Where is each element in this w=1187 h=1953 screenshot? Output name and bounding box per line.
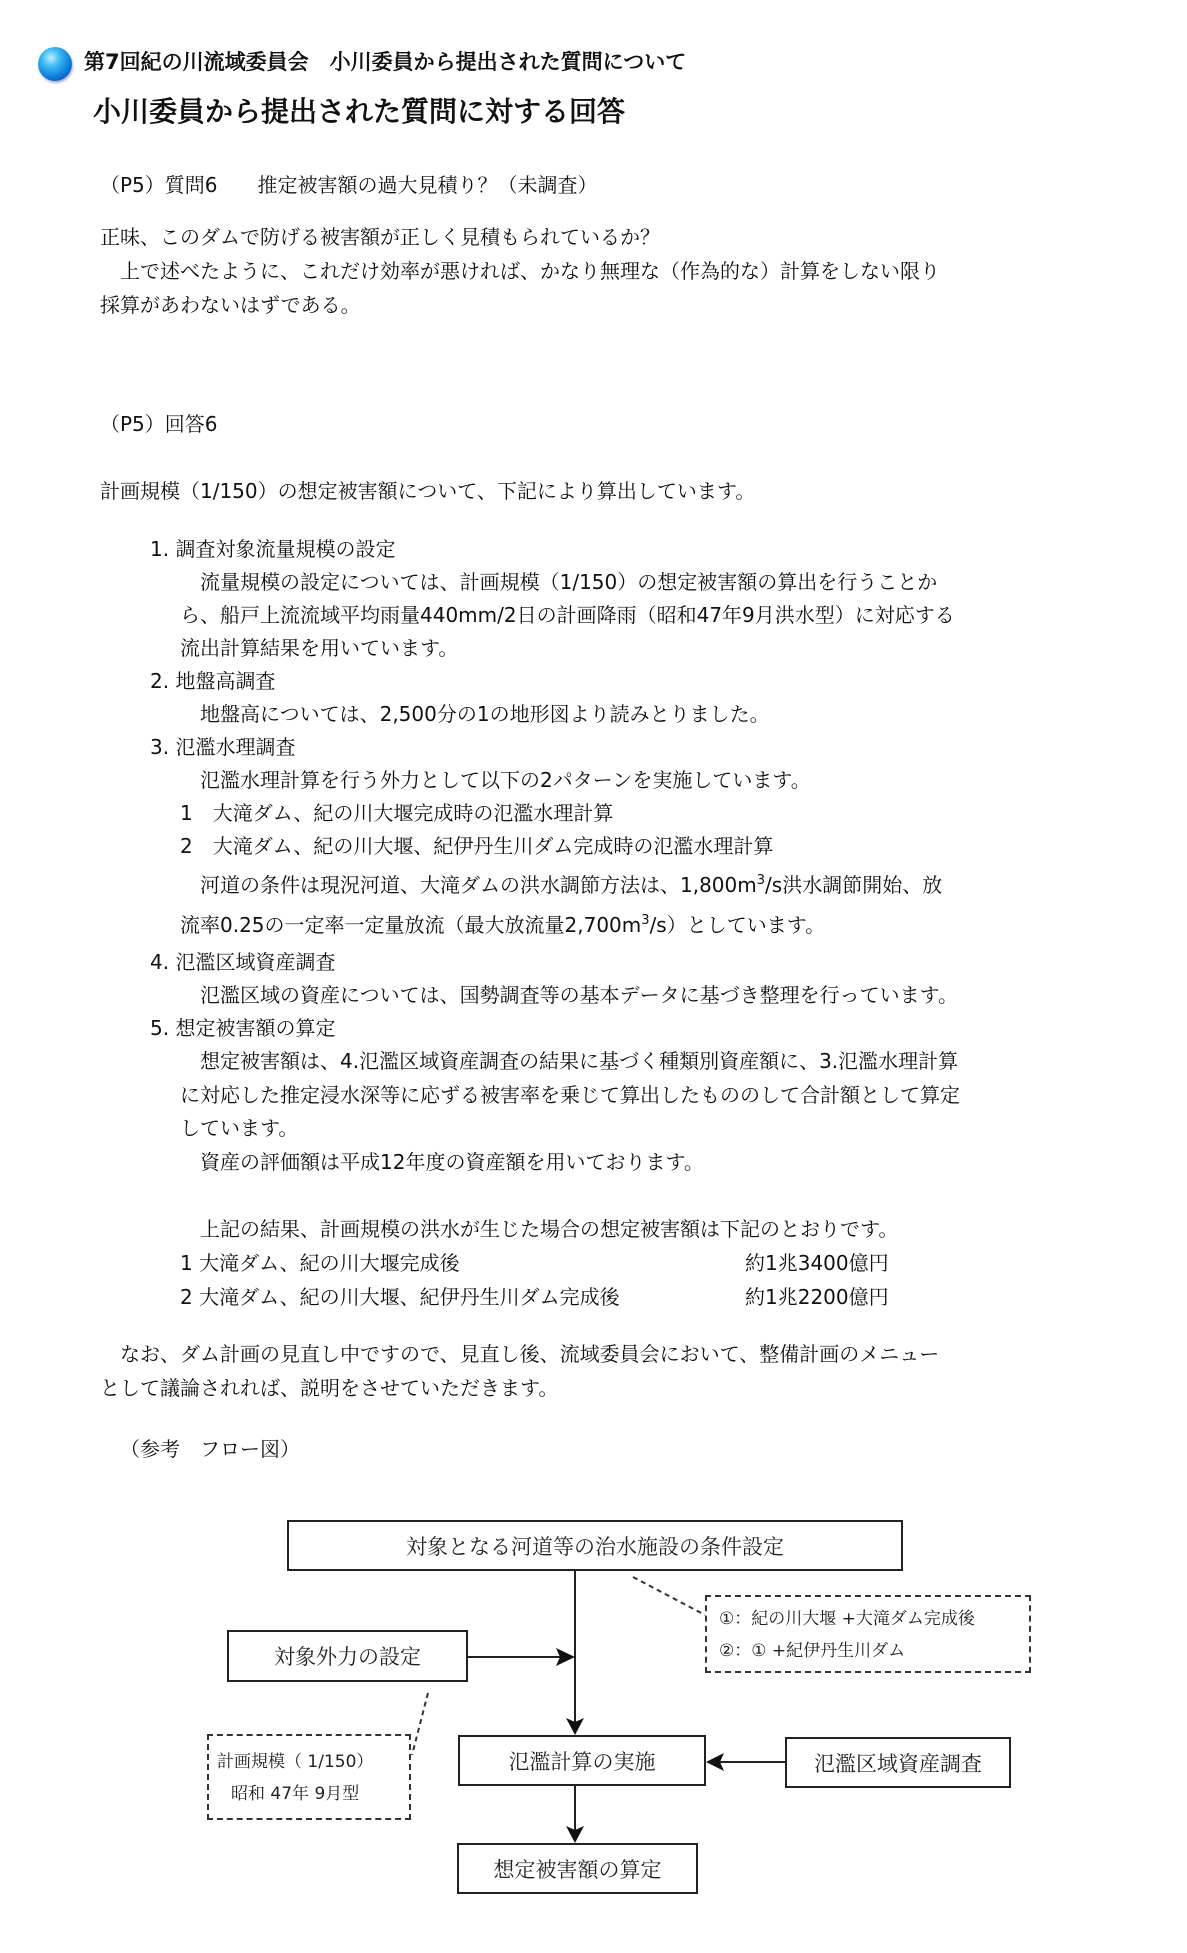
note-line: ②：① +紀伊丹生川ダム [719, 1635, 1029, 1667]
flow-box-asset-survey: 氾濫区域資産調査 [785, 1737, 1011, 1788]
flow-box-flood-calculation: 氾濫計算の実施 [458, 1735, 706, 1786]
flow-note-rainfall: 計画規模（ 1/150） 昭和 47年 9月型 [207, 1734, 411, 1820]
flow-box-external-force: 対象外力の設定 [227, 1630, 468, 1682]
note-line: ①：紀の川大堰 +大滝ダム完成後 [719, 1603, 1029, 1635]
note-line: 計画規模（ 1/150） [217, 1746, 409, 1778]
flow-note-facility-patterns: ①：紀の川大堰 +大滝ダム完成後 ②：① +紀伊丹生川ダム [705, 1595, 1031, 1673]
note-line: 昭和 47年 9月型 [217, 1778, 409, 1810]
flow-box-damage-estimate: 想定被害額の算定 [457, 1843, 698, 1894]
flow-box-facility-conditions: 対象となる河道等の治水施設の条件設定 [287, 1520, 903, 1571]
